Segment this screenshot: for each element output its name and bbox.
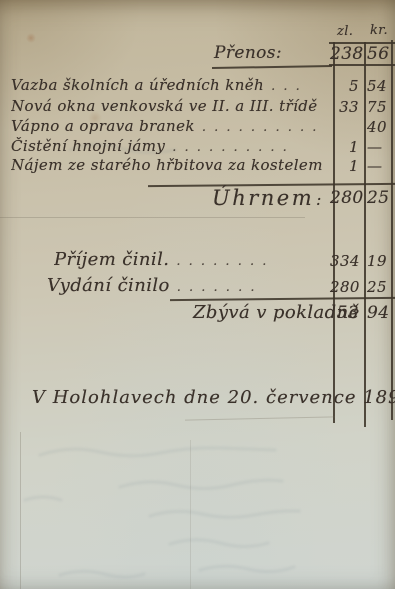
ledger-row: Nová okna venkovská ve II. a III. třídě <box>11 97 329 115</box>
row-amount-kr: — <box>367 157 392 175</box>
row-label: Vápno a oprava branek <box>11 117 195 135</box>
prenos-amount-zl: 238 <box>330 44 359 64</box>
summary-dots: . . . . . . . . <box>176 254 329 269</box>
total-colon: : <box>316 190 322 209</box>
row-amount-zl: 33 <box>330 98 359 116</box>
balance-amount-zl: 53 <box>330 303 359 323</box>
balance-amount-kr: 94 <box>367 303 392 323</box>
total-amount-zl: 280 <box>330 188 359 208</box>
prenos-label: Přenos: <box>214 43 282 63</box>
fold-line <box>190 440 191 589</box>
row-label: Vazba školních a úředních kněh <box>11 76 264 94</box>
row-amount-zl: 1 <box>330 138 359 156</box>
total-amount-kr: 25 <box>367 188 392 208</box>
summary-label: Příjem činil. <box>54 249 169 270</box>
row-amount-zl: 1 <box>330 157 359 175</box>
dateline: V Holohlavech dne 20. července 1890. <box>32 387 395 408</box>
summary-row: Příjem činil. . . . . . . . . <box>54 249 329 270</box>
summary-amount-zl: 334 <box>330 252 359 270</box>
summary-dots: . . . . . . . <box>177 280 329 295</box>
summary-amount-zl: 280 <box>330 278 359 296</box>
row-label: Nová okna venkovská ve II. a III. třídě <box>11 97 318 115</box>
column-line-middle <box>364 42 366 427</box>
row-amount-kr: 40 <box>367 118 392 136</box>
row-dots: . . . <box>271 79 329 94</box>
row-amount-zl: 5 <box>330 77 359 95</box>
row-dots: . . . . . . . . . . <box>172 140 329 155</box>
row-amount-kr: — <box>367 138 392 156</box>
ledger-row: Nájem ze starého hřbitova za kostelem <box>11 156 329 174</box>
summary-amount-kr: 25 <box>367 278 392 296</box>
box-bottom-rule <box>329 64 395 66</box>
row-dots: . . . . . . . . . . <box>202 120 329 135</box>
crease-line <box>0 217 305 218</box>
ledger-row: Čistění hnojní jámy . . . . . . . . . . <box>11 137 329 155</box>
row-amount-kr: 75 <box>367 98 392 116</box>
row-amount-kr: 54 <box>367 77 392 95</box>
summary-amount-kr: 19 <box>367 252 392 270</box>
ledger-row: Vápno a oprava branek . . . . . . . . . … <box>11 117 329 135</box>
summary-label: Vydání činilo <box>47 275 170 296</box>
prenos-amount-kr: 56 <box>367 44 392 64</box>
row-label: Nájem ze starého hřbitova za kostelem <box>11 156 323 174</box>
column-header-zl: zl. <box>337 24 353 39</box>
column-header-kr: kr. <box>370 23 388 38</box>
summary-row: Vydání činilo . . . . . . . <box>47 275 329 296</box>
column-line-right <box>391 40 393 420</box>
margin-line <box>20 432 21 589</box>
total-label: Úhrnem <box>212 186 314 210</box>
row-label: Čistění hnojní jámy <box>11 137 165 155</box>
ledger-row: Vazba školních a úředních kněh . . . <box>11 76 329 94</box>
ledger-page: zl. kr. Přenos: 238 56 Vazba školních a … <box>0 0 395 589</box>
